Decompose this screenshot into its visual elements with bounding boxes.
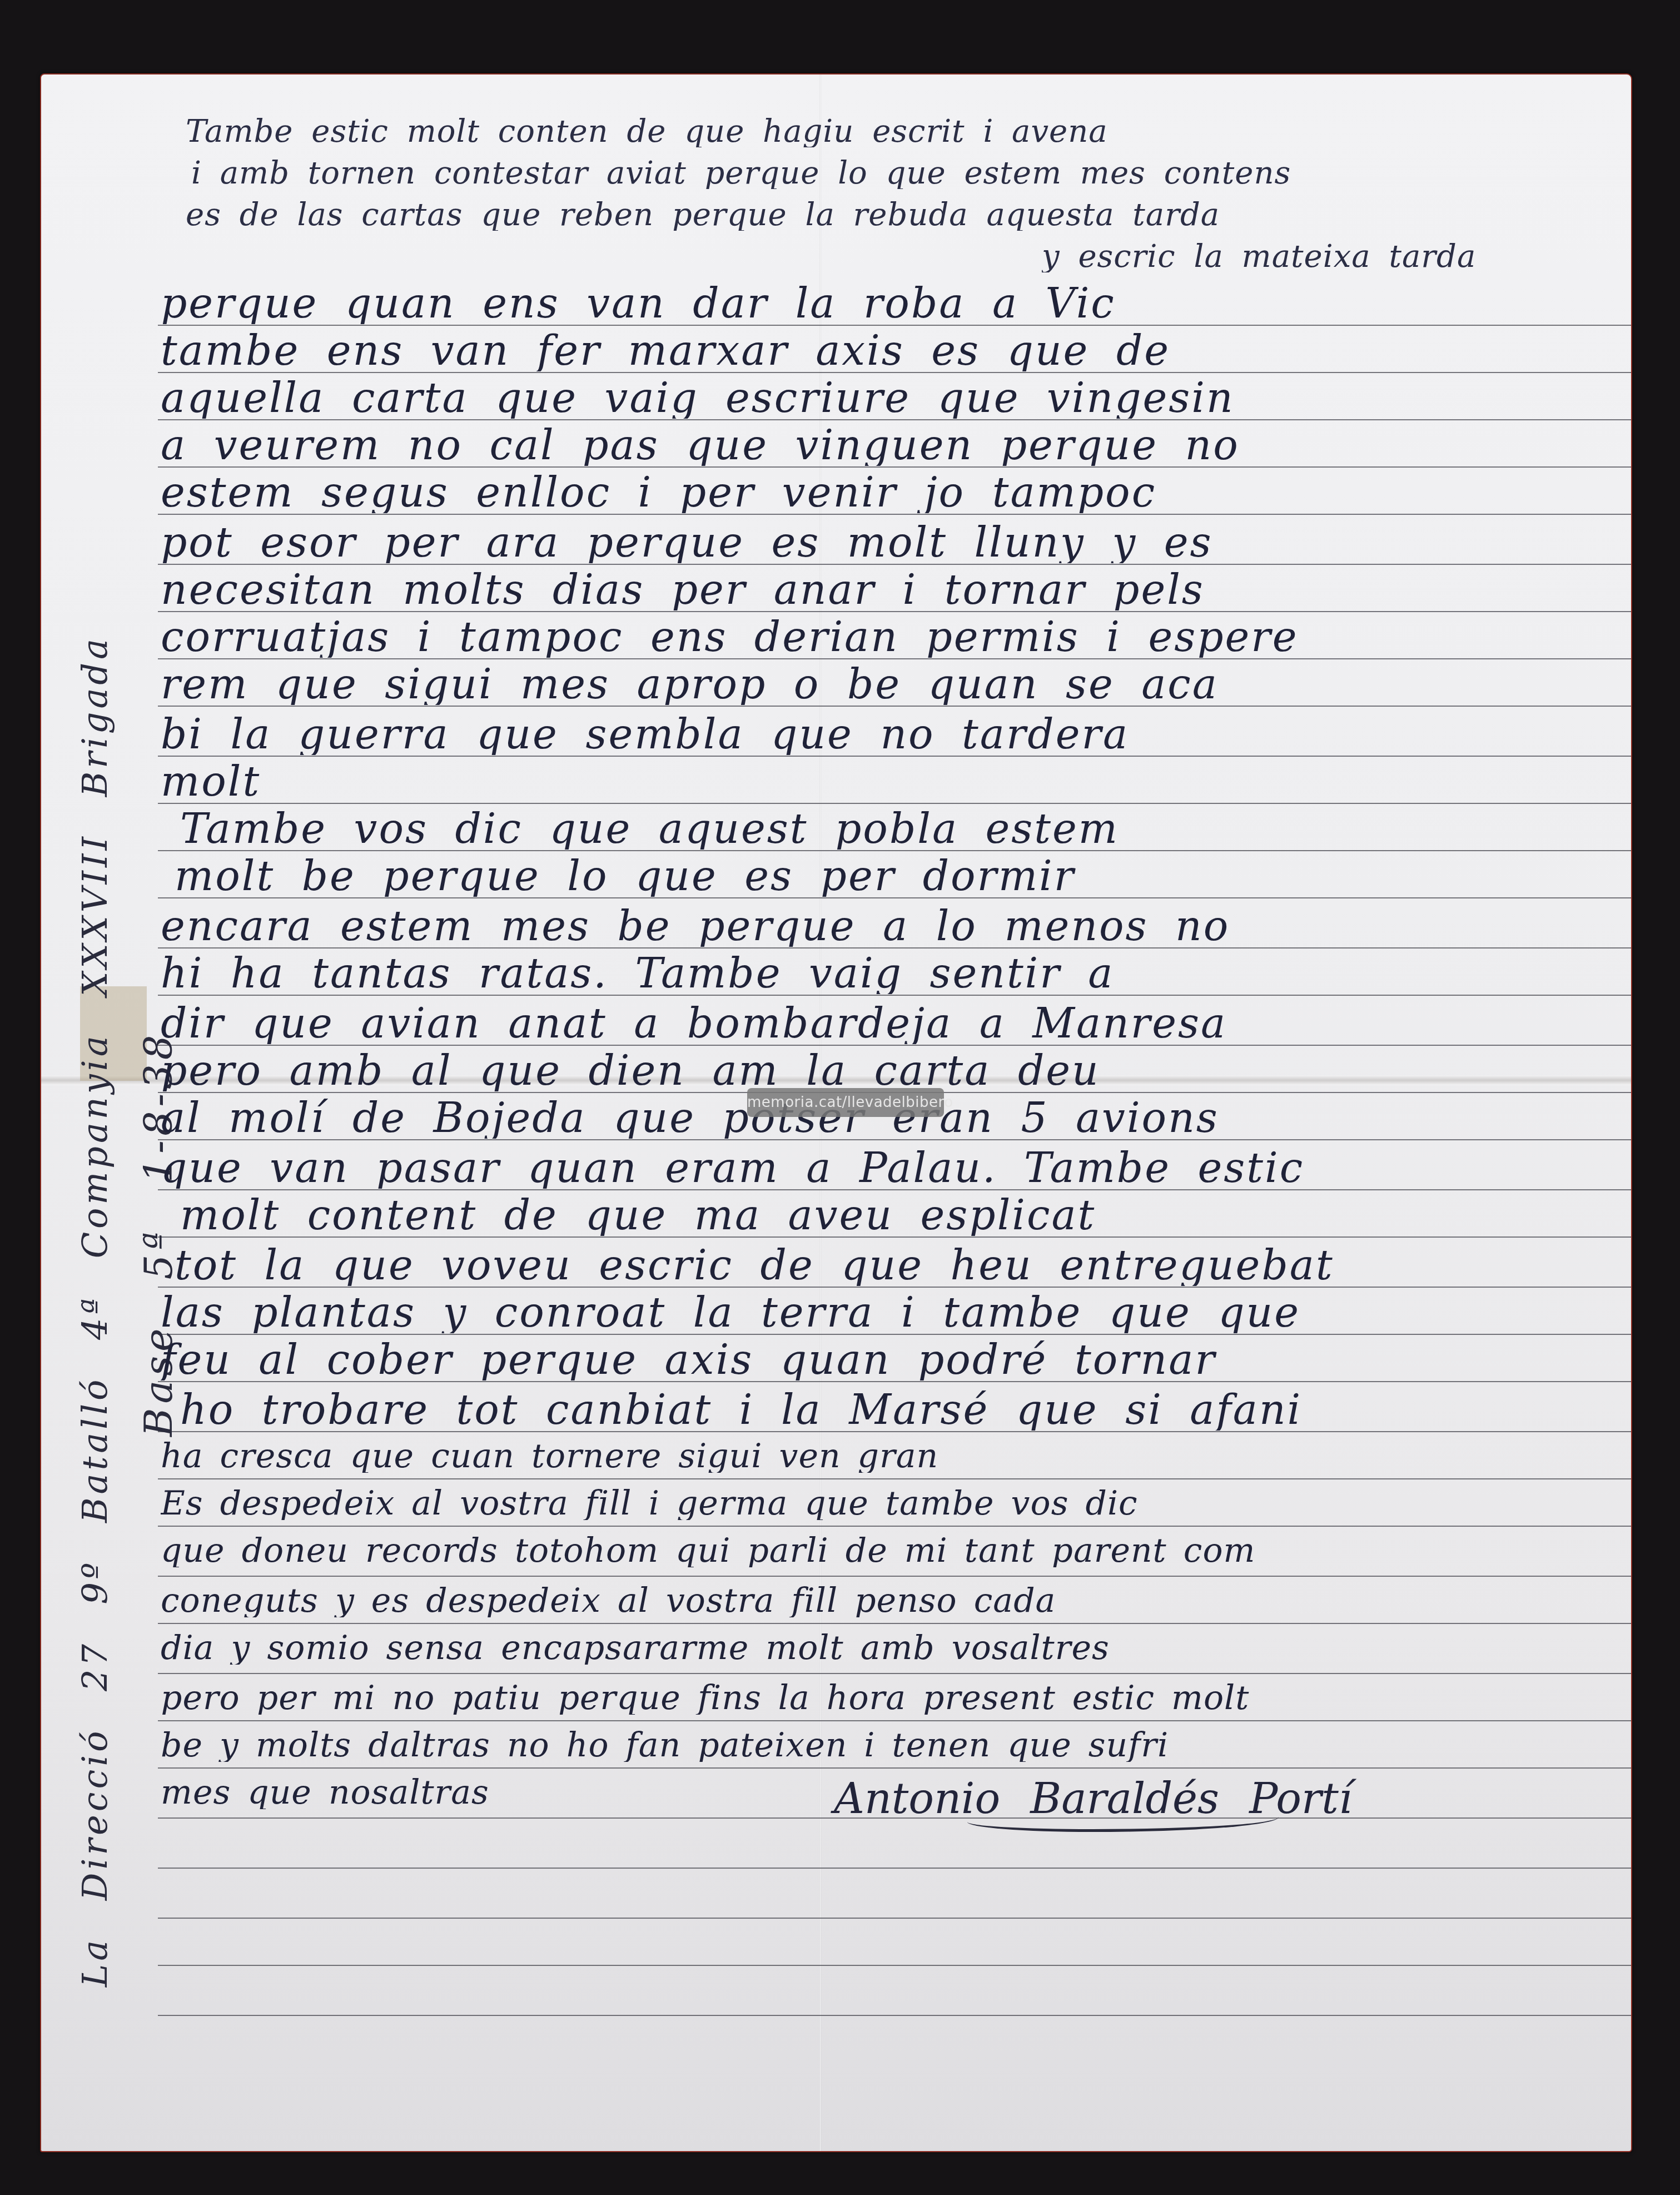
body-line: hi ha tantas ratas. Tambe vaig sentir a: [161, 953, 1598, 994]
ruled-line: [158, 1526, 1631, 1527]
ruled-line: [158, 756, 1631, 757]
ruled-line: [158, 1918, 1631, 1919]
body-line: a veurem no cal pas que vinguen perque n…: [161, 425, 1598, 466]
ruled-line: [158, 1576, 1631, 1577]
ruled-line: [158, 706, 1631, 707]
ruled-line: [158, 466, 1631, 468]
body-line: ha cresca que cuan tornere sigui ven gra…: [161, 1439, 1598, 1473]
ruled-line: [158, 1189, 1631, 1190]
ruled-line: [158, 514, 1631, 515]
body-line: molt content de que ma aveu esplicat: [180, 1195, 1598, 1236]
ruled-line: [158, 1236, 1631, 1238]
ruled-line: [158, 419, 1631, 420]
ruled-line: [158, 372, 1631, 373]
ruled-line: [158, 850, 1631, 851]
closing-line: que doneu records totohom qui parli de m…: [161, 1534, 1598, 1567]
body-line: pero amb al que dien am la carta deu: [161, 1050, 1598, 1091]
ruled-line: [158, 947, 1631, 948]
ruled-line: [158, 658, 1631, 659]
header-line: y escric la mateixa tarda: [1042, 241, 1598, 272]
body-line: feu al cober perque axis quan podré torn…: [161, 1339, 1598, 1380]
ruled-line: [158, 1965, 1631, 1966]
ruled-line: [158, 1767, 1631, 1769]
body-line: las plantas y conroat la terra i tambe q…: [161, 1292, 1598, 1333]
ruled-line: [158, 1334, 1631, 1335]
ruled-line: [158, 1623, 1631, 1624]
body-line: que van pasar quan eram a Palau. Tambe e…: [161, 1148, 1598, 1189]
ruled-line: [158, 1431, 1631, 1432]
ruled-line: [158, 897, 1631, 898]
ruled-line: [158, 2015, 1631, 2016]
body-line: Tambe vos dic que aquest pobla estem: [180, 808, 1598, 850]
margin-address: La Direcció 27 9º Batalló 4ª Companyia X…: [74, 635, 115, 1987]
body-line: bi la guerra que sembla que no tardera: [161, 714, 1598, 755]
body-line: corruatjas i tampoc ens derian permis i …: [161, 617, 1598, 658]
body-line: molt: [161, 761, 1598, 802]
ruled-line: [158, 325, 1631, 326]
body-line: estem segus enlloc i per venir jo tampoc: [161, 472, 1598, 513]
ruled-line: [158, 1673, 1631, 1674]
body-line: ho trobare tot canbiat i la Marsé que si…: [180, 1389, 1598, 1431]
closing-line: Es despedeix al vostra fill i germa que …: [161, 1487, 1598, 1520]
ruled-line: [158, 611, 1631, 612]
body-line: tambe ens van fer marxar axis es que de: [161, 330, 1598, 371]
closing-line: pero per mi no patiu perque fins la hora…: [161, 1681, 1598, 1715]
header-line: Tambe estic molt conten de que hagiu esc…: [186, 116, 1598, 147]
body-line: perque quan ens van dar la roba a Vic: [161, 283, 1598, 324]
header-line: es de las cartas que reben perque la reb…: [186, 200, 1598, 231]
ruled-line: [158, 1478, 1631, 1479]
ruled-line: [158, 1381, 1631, 1382]
ruled-line: [158, 1868, 1631, 1869]
watermark: memoria.cat/llevadelbibero: [747, 1088, 944, 1117]
closing-line: coneguts y es despedeix al vostra fill p…: [161, 1584, 1598, 1617]
body-line: necesitan molts dias per anar i tornar p…: [161, 569, 1598, 610]
closing-line: dia y somio sensa encapsararme molt amb …: [161, 1631, 1598, 1665]
ruled-line: [158, 1720, 1631, 1721]
ruled-line: [158, 1045, 1631, 1046]
ruled-line: [158, 995, 1631, 996]
body-line: pot esor per ara perque es molt lluny y …: [161, 522, 1598, 563]
body-line: encara estem mes be perque a lo menos no: [161, 906, 1598, 947]
ruled-line: [158, 1139, 1631, 1140]
body-line: molt be perque lo que es per dormir: [175, 856, 1598, 897]
ruled-line: [158, 1287, 1631, 1288]
body-line: tot la que voveu escric de que heu entre…: [175, 1245, 1598, 1286]
ruled-line: [158, 803, 1631, 804]
ruled-line: [158, 564, 1631, 565]
header-line: i amb tornen contestar aviat perque lo q…: [191, 158, 1598, 189]
body-line: rem que sigui mes aprop o be quan se aca: [161, 664, 1598, 705]
closing-line: be y molts daltras no ho fan pateixen i …: [161, 1729, 1598, 1762]
body-line: aquella carta que vaig escriure que ving…: [161, 378, 1598, 419]
body-line: dir que avian anat a bombardeja a Manres…: [161, 1003, 1598, 1044]
